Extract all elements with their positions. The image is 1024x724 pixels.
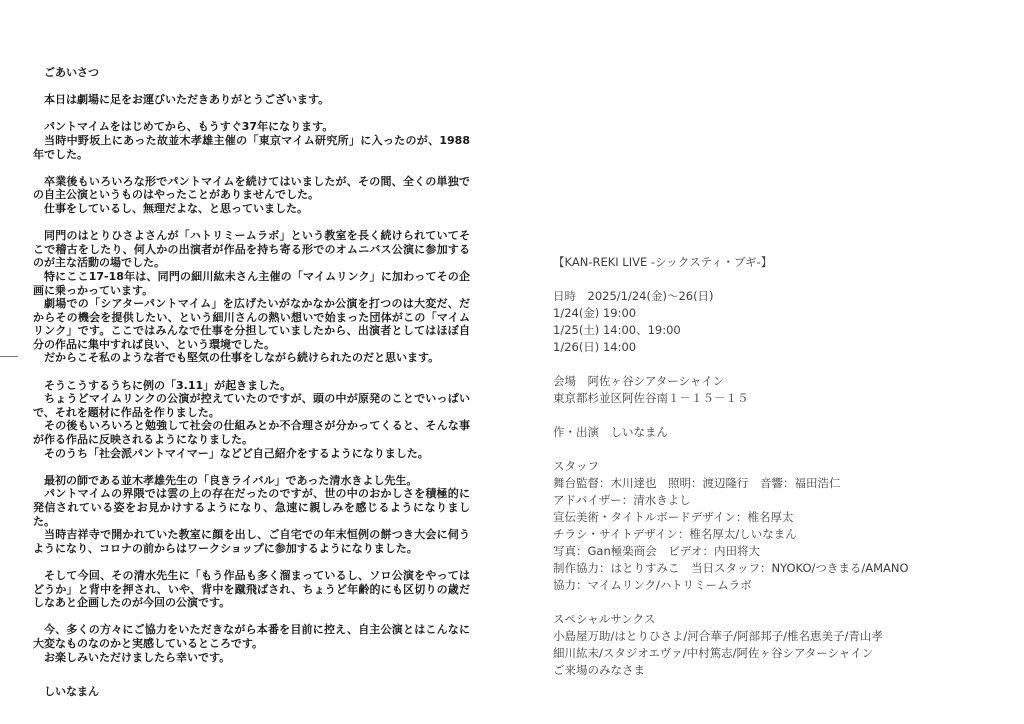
greeting-paragraph: お楽しみいただけましたら幸いです。: [33, 651, 470, 665]
schedule-time-line: 1/26(日) 14:00: [553, 339, 1005, 356]
staff-line: 制作協力：はとりすみこ 当日スタッフ：NYOKO/つきまる/AMANO: [553, 560, 1005, 577]
special-thanks-block: スペシャルサンクス 小島屋万助/はとりひさよ/河合華子/阿部邦子/椎名恵美子/青…: [553, 611, 1005, 679]
special-thanks-heading: スペシャルサンクス: [553, 611, 1005, 628]
greeting-block: パントマイムをはじめてから、もうすぐ37年になります。 当時中野坂上にあった故並…: [33, 120, 470, 161]
greeting-paragraph: その後もいろいろと勉強して社会の仕組みとか不合理さが分かってくると、そんな事が作…: [33, 419, 470, 446]
schedule-date-line: 日時 2025/1/24(金)～26(日): [553, 288, 1005, 305]
greeting-paragraph: 仕事をしているし、無理だよな、と思っていました。: [33, 202, 470, 216]
greeting-heading-block: ごあいさつ: [33, 66, 470, 80]
program-page: ごあいさつ 本日は劇場に足をお運びいただきありがとうございます。 パントマイムを…: [0, 0, 1024, 724]
greeting-block: 卒業後もいろいろな形でパントマイムを続けてはいましたが、その間、全くの単独での自…: [33, 175, 470, 216]
staff-line: 写真：Gan極楽商会 ビデオ：内田将大: [553, 543, 1005, 560]
staff-heading: スタッフ: [553, 458, 1005, 475]
staff-line: アドバイザー：清水きよし: [553, 492, 1005, 509]
special-thanks-line: 小島屋万助/はとりひさよ/河合華子/阿部邦子/椎名恵美子/青山孝: [553, 628, 1005, 645]
special-thanks-line: 細川紘未/スタジオエヴァ/中村篤志/阿佐ヶ谷シアターシャイン: [553, 645, 1005, 662]
greeting-block: そうこうするうちに例の「3.11」が起きました。 ちょうどマイムリンクの公演が控…: [33, 379, 470, 461]
greeting-block: 本日は劇場に足をお運びいただきありがとうございます。: [33, 93, 470, 107]
greeting-block: そして今回、その清水先生に「もう作品も多く溜まっているし、ソロ公演をやってはどう…: [33, 569, 470, 610]
staff-line: チラシ・サイトデザイン：椎名厚太/しいなまん: [553, 526, 1005, 543]
greeting-paragraph: そのうち「社会派パントマイマー」などど自己紹介をするようになりました。: [33, 447, 470, 461]
event-title-block: 【KAN-REKI LIVE -シックスティ・ブギ-】: [553, 254, 1005, 271]
greeting-paragraph: 当時中野坂上にあった故並木孝雄主催の「東京マイム研究所」に入ったのが、1988年…: [33, 134, 470, 161]
cast-block: 作・出演 しいなまん: [553, 424, 1005, 441]
event-title: 【KAN-REKI LIVE -シックスティ・ブギ-】: [553, 254, 1005, 271]
signature: しいなまん: [33, 685, 470, 699]
schedule-block: 日時 2025/1/24(金)～26(日) 1/24(金) 19:00 1/25…: [553, 288, 1005, 356]
greeting-block: 今、多くの方々にご協力をいただきながら本番を目前に控え、自主公演とはこんなに大変…: [33, 623, 470, 664]
special-thanks-line: ご来場のみなさま: [553, 662, 1005, 679]
greeting-paragraph: そうこうするうちに例の「3.11」が起きました。: [33, 379, 470, 393]
venue-block: 会場 阿佐ヶ谷シアターシャイン 東京都杉並区阿佐谷南１－１５－１５: [553, 373, 1005, 407]
greeting-block: 同門のはとりひさよさんが「ハトリミームラボ」という教室を長く続けられていてそこで…: [33, 229, 470, 365]
greeting-paragraph: そして今回、その清水先生に「もう作品も多く溜まっているし、ソロ公演をやってはどう…: [33, 569, 470, 610]
greeting-paragraph: ちょうどマイムリンクの公演が控えていたのですが、頭の中が原発のことでいっぱいで、…: [33, 392, 470, 419]
venue-address: 東京都杉並区阿佐谷南１－１５－１５: [553, 390, 1005, 407]
greeting-paragraph: 今、多くの方々にご協力をいただきながら本番を目前に控え、自主公演とはこんなに大変…: [33, 623, 470, 650]
venue-name-line: 会場 阿佐ヶ谷シアターシャイン: [553, 373, 1005, 390]
schedule-time-line: 1/25(土) 14:00、19:00: [553, 322, 1005, 339]
staff-line: 舞台監督：木川達也 照明：渡辺隆行 音響：福田浩仁: [553, 475, 1005, 492]
greeting-paragraph: 劇場での「シアターパントマイム」を広げたいがなかなか公演を打つのは大変だ、だから…: [33, 297, 470, 351]
greeting-paragraph: 特にここ17-18年は、同門の細川紘未さん主催の「マイムリンク」に加わってその企…: [33, 270, 470, 297]
fold-mark: [0, 356, 18, 357]
greeting-paragraph: 本日は劇場に足をお運びいただきありがとうございます。: [33, 93, 470, 107]
greeting-paragraph: パントマイムの界隈では雲の上の存在だったのですが、世の中のおかしさを積極的に発信…: [33, 487, 470, 528]
greeting-block: 最初の師である並木孝雄先生の「良きライバル」であった清水きよし先生。 パントマイ…: [33, 474, 470, 556]
greeting-paragraph: 当時吉祥寺で開かれていた教室に顔を出し、ご自宅での年末恒例の餅つき大会に伺うよう…: [33, 528, 470, 555]
greeting-paragraph: 卒業後もいろいろな形でパントマイムを続けてはいましたが、その間、全くの単独での自…: [33, 175, 470, 202]
cast-line: 作・出演 しいなまん: [553, 424, 1005, 441]
schedule-time-line: 1/24(金) 19:00: [553, 305, 1005, 322]
staff-line: 協力：マイムリンク/ハトリミームラボ: [553, 577, 1005, 594]
greeting-column: ごあいさつ 本日は劇場に足をお運びいただきありがとうございます。 パントマイムを…: [33, 66, 470, 699]
greeting-paragraph: 同門のはとりひさよさんが「ハトリミームラボ」という教室を長く続けられていてそこで…: [33, 229, 470, 270]
greeting-paragraph: パントマイムをはじめてから、もうすぐ37年になります。: [33, 120, 470, 134]
greeting-paragraph: 最初の師である並木孝雄先生の「良きライバル」であった清水きよし先生。: [33, 474, 470, 488]
greeting-heading: ごあいさつ: [33, 66, 470, 80]
staff-block: スタッフ 舞台監督：木川達也 照明：渡辺隆行 音響：福田浩仁 アドバイザー：清水…: [553, 458, 1005, 594]
event-info-column: 【KAN-REKI LIVE -シックスティ・ブギ-】 日時 2025/1/24…: [553, 254, 1005, 679]
greeting-paragraph: だからこそ私のような者でも堅気の仕事をしながら続けられたのだと思います。: [33, 351, 470, 365]
staff-line: 宣伝美術・タイトルボードデザイン：椎名厚太: [553, 509, 1005, 526]
